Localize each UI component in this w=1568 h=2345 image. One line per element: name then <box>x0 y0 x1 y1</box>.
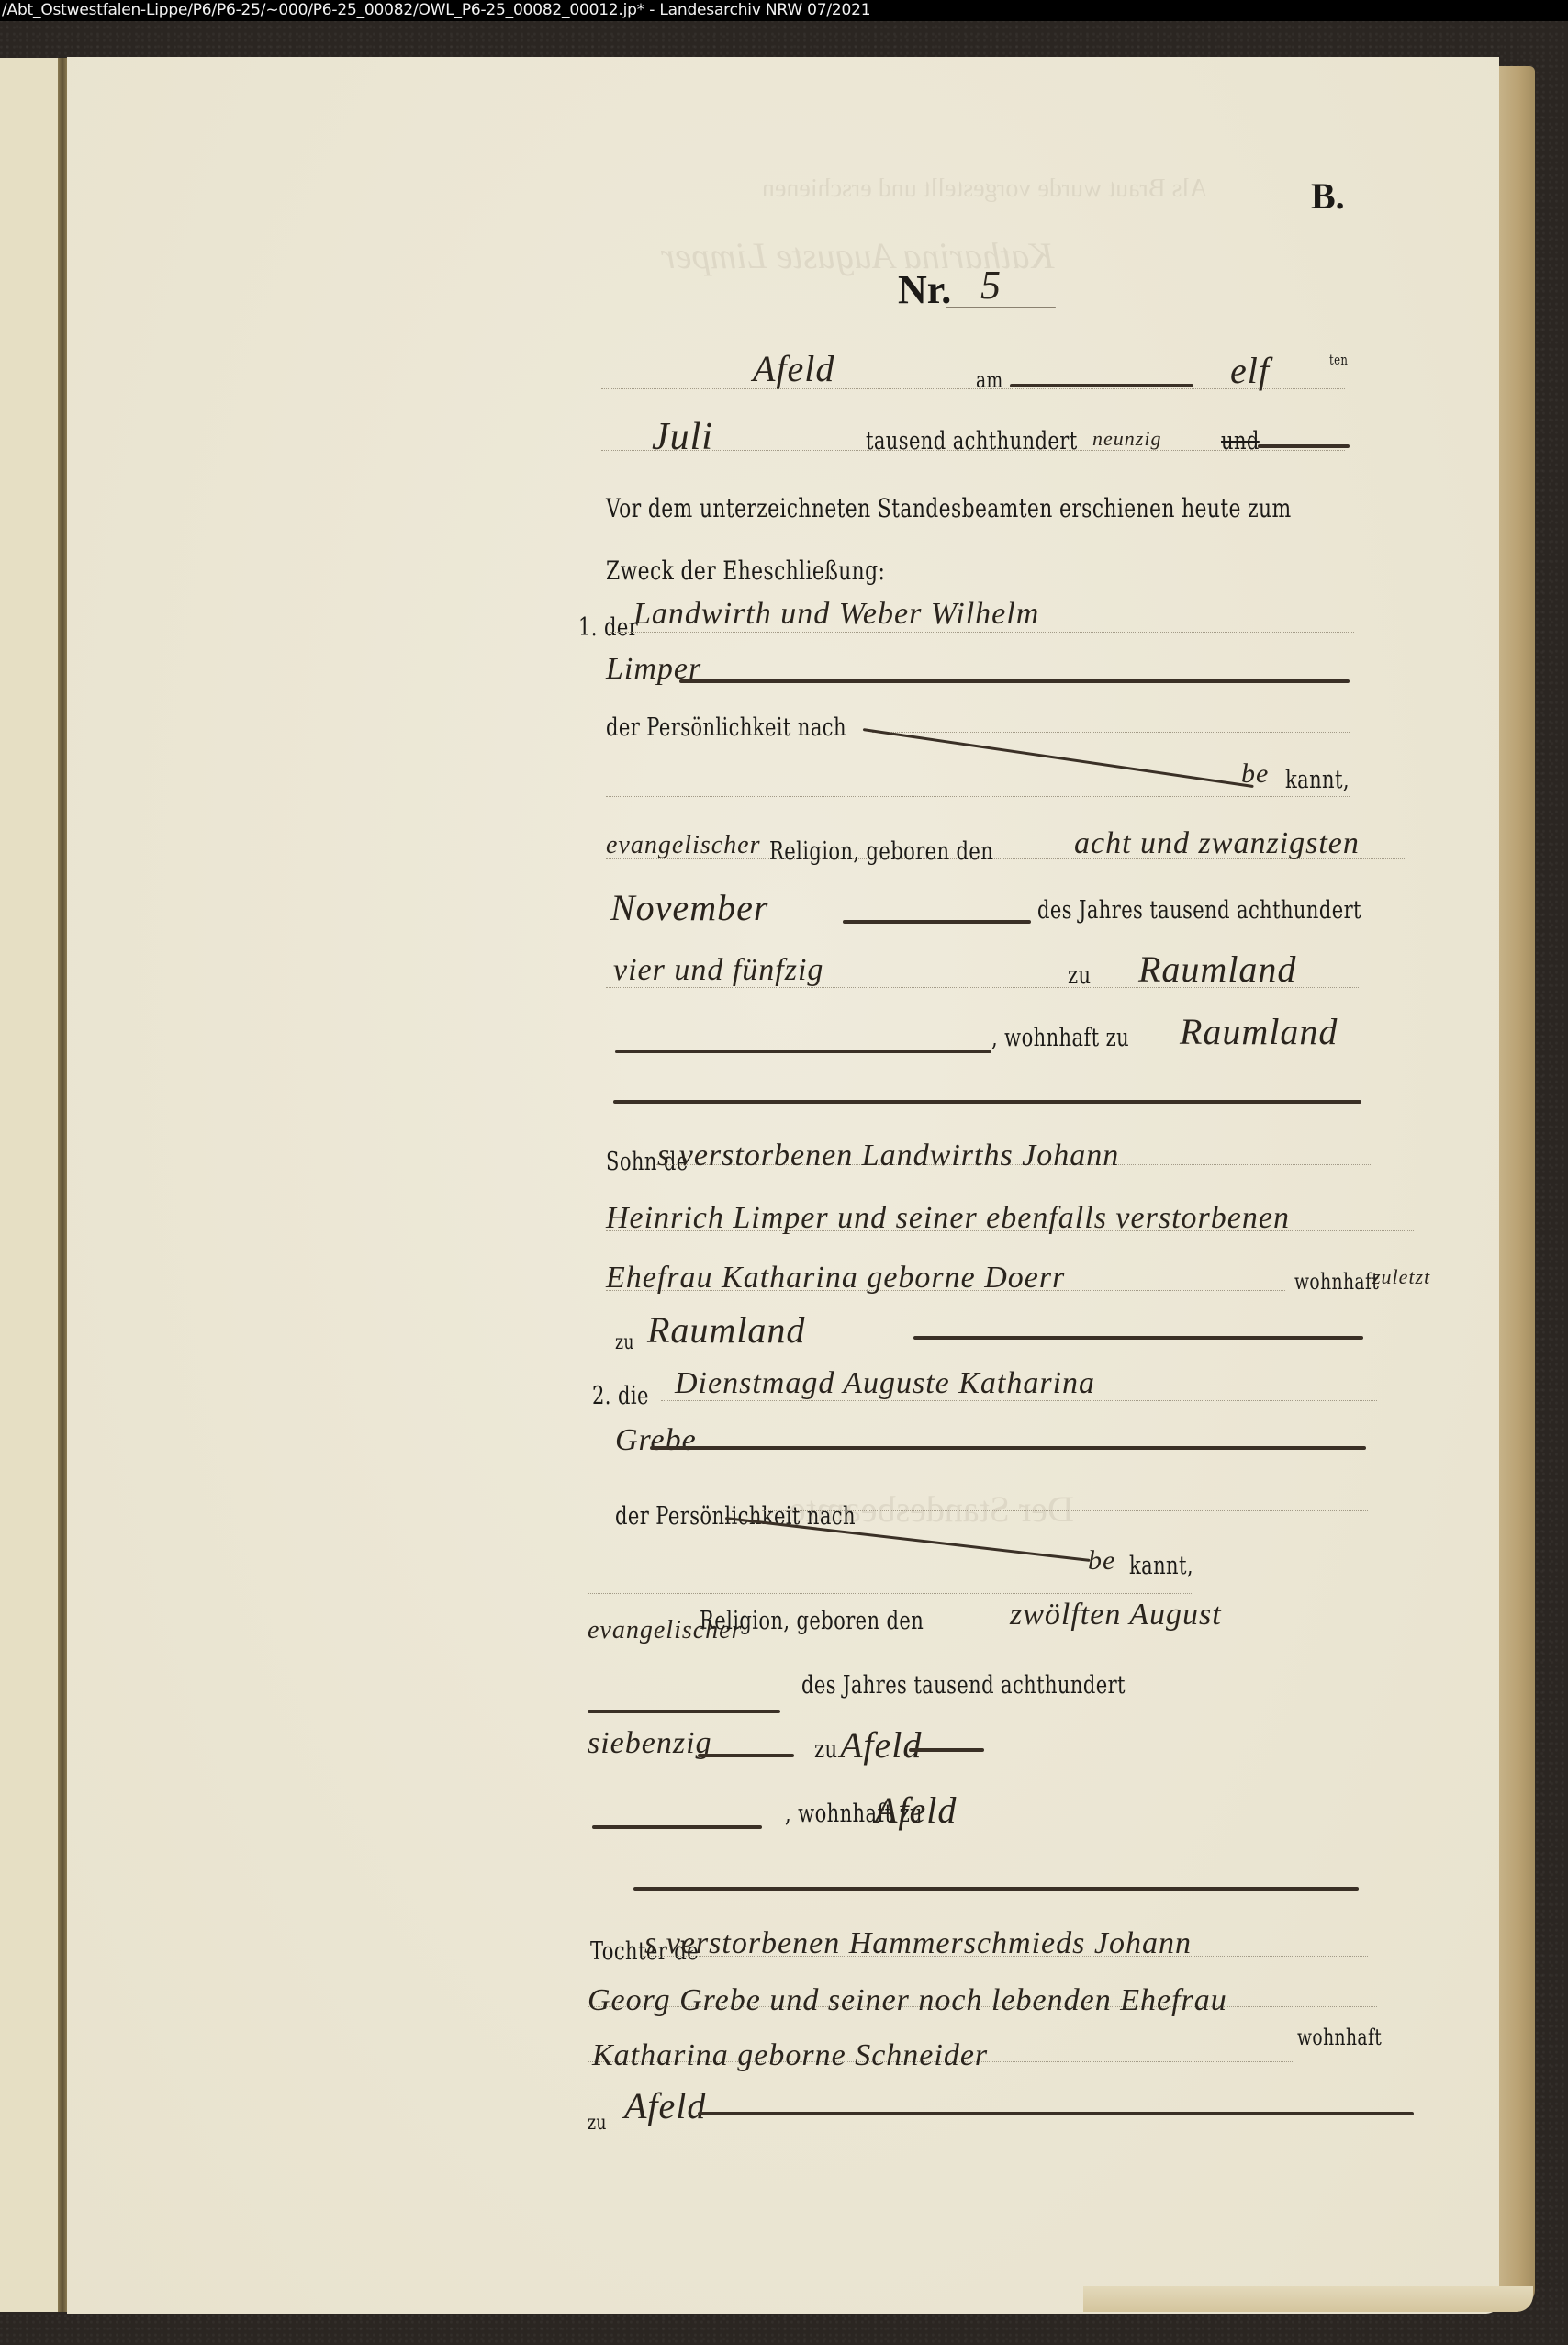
bride-birth-day-month: zwölften August <box>1010 1598 1222 1633</box>
groom-religion-label: Religion, geboren den <box>769 837 993 866</box>
bride-identity-label: der Persönlichkeit nach <box>615 1502 856 1531</box>
record-number-label: Nr. <box>898 266 951 313</box>
bride-birthplace-label: zu <box>814 1735 837 1764</box>
filler-stroke <box>698 2112 1414 2115</box>
filler-stroke <box>909 1748 984 1752</box>
groom-parents-line-3: Ehefrau Katharina geborne Doerr <box>606 1261 1065 1296</box>
bride-parents-line-1: s verstorbenen Hammerschmieds Johann <box>644 1926 1192 1961</box>
book-gutter <box>58 58 67 2312</box>
bride-residence: Afeld <box>875 1789 957 1832</box>
record-number-underline <box>946 307 1056 308</box>
groom-birth-year-label: des Jahres tausend achthundert <box>1037 896 1361 925</box>
filler-stroke <box>615 1050 991 1053</box>
groom-parents-line-1: s verstorbenen Landwirths Johann <box>657 1139 1119 1173</box>
groom-parents-line-2: Heinrich Limper und seiner ebenfalls ver… <box>606 1201 1290 1236</box>
groom-number-label: 1. der <box>578 613 638 642</box>
record-number: 5 <box>980 262 1002 309</box>
day: elf <box>1230 349 1270 392</box>
dotted-line <box>588 1593 1193 1594</box>
filler-stroke <box>633 1887 1359 1891</box>
am-label: am <box>976 367 1003 393</box>
groom-birthplace: Raumland <box>1138 948 1296 991</box>
groom-residence: Raumland <box>1180 1010 1338 1053</box>
year-decade: neunzig <box>1092 427 1161 451</box>
groom-parents-residence-note: zuletzt <box>1372 1265 1430 1289</box>
filler-stroke <box>698 1754 794 1757</box>
bride-identity-suffix: kannt, <box>1129 1552 1193 1580</box>
groom-identity-suffix: kannt, <box>1285 766 1350 794</box>
bride-parents-line-2: Georg Grebe und seiner noch lebenden Ehe… <box>588 1983 1227 2018</box>
filler-stroke <box>679 679 1350 683</box>
filler-stroke <box>613 1100 1361 1104</box>
page-stack-edge <box>1496 66 1535 2306</box>
dotted-line <box>762 1510 1368 1511</box>
bride-identity-prefix: be <box>1088 1545 1115 1576</box>
filler-stroke <box>1010 384 1193 387</box>
place-of-registration: Afeld <box>753 347 834 390</box>
ten-suffix: ten <box>1329 352 1348 368</box>
filler-stroke <box>1258 444 1350 448</box>
groom-parents-residence-label: wohnhaft <box>1294 1269 1379 1295</box>
bride-number-label: 2. die <box>592 1382 649 1410</box>
bride-parents-residence-label: wohnhaft <box>1297 2025 1382 2050</box>
groom-birth-day: acht und zwanzigsten <box>1074 826 1360 861</box>
register-page <box>67 57 1499 2314</box>
groom-parents-residence: Raumland <box>647 1308 805 1352</box>
filler-stroke <box>650 1446 1366 1450</box>
groom-occupation-and-given-name: Landwirth und Weber Wilhelm <box>633 597 1039 632</box>
bride-birth-year-label: des Jahres tausend achthundert <box>801 1671 1126 1700</box>
year-printed-label: tausend achthundert <box>866 427 1078 455</box>
bleed-through-text: Als Braut wurde vorgestellt und erschien… <box>762 174 1207 204</box>
groom-identity-label: der Persönlichkeit nach <box>606 713 846 742</box>
filler-stroke <box>913 1336 1363 1340</box>
dotted-line <box>610 632 1354 633</box>
groom-residence-label: , wohnhaft zu <box>991 1024 1129 1052</box>
filler-stroke <box>588 1710 780 1713</box>
filler-stroke <box>592 1825 762 1829</box>
bride-birth-year: siebenzig <box>588 1726 712 1761</box>
page-bottom-edge <box>1083 2286 1533 2312</box>
bride-occupation-and-given-name: Dienstmagd Auguste Katharina <box>675 1366 1095 1401</box>
bride-parents-residence: Afeld <box>624 2084 706 2127</box>
facing-page-edge <box>0 58 58 2312</box>
filler-stroke <box>843 920 1031 924</box>
dotted-line <box>872 732 1350 733</box>
groom-identity-prefix: be <box>1241 758 1269 790</box>
groom-parents-zu-label: zu <box>615 1331 634 1354</box>
bride-parents-line-3: Katharina geborne Schneider <box>592 2038 988 2073</box>
groom-birth-year: vier und fünfzig <box>613 953 823 988</box>
bride-parents-zu-label: zu <box>588 2112 607 2135</box>
window-title-bar: /Abt_Ostwestfalen-Lippe/P6/P6-25/~000/P6… <box>0 0 1568 21</box>
dotted-line <box>606 796 1350 797</box>
form-letter: B. <box>1311 174 1345 218</box>
groom-religion: evangelischer <box>606 831 761 860</box>
groom-birthplace-label: zu <box>1068 961 1091 990</box>
groom-birth-month: November <box>610 886 768 929</box>
bride-birthplace: Afeld <box>840 1723 922 1767</box>
bride-religion-label: Religion, geboren den <box>700 1607 924 1635</box>
intro-line-2: Zweck der Eheschließung: <box>606 555 885 586</box>
intro-line-1: Vor dem unterzeichneten Standesbeamten e… <box>606 493 1292 523</box>
bride-surname: Grebe <box>615 1423 697 1458</box>
year-und-struck: und <box>1221 427 1260 455</box>
month: Juli <box>652 415 713 459</box>
